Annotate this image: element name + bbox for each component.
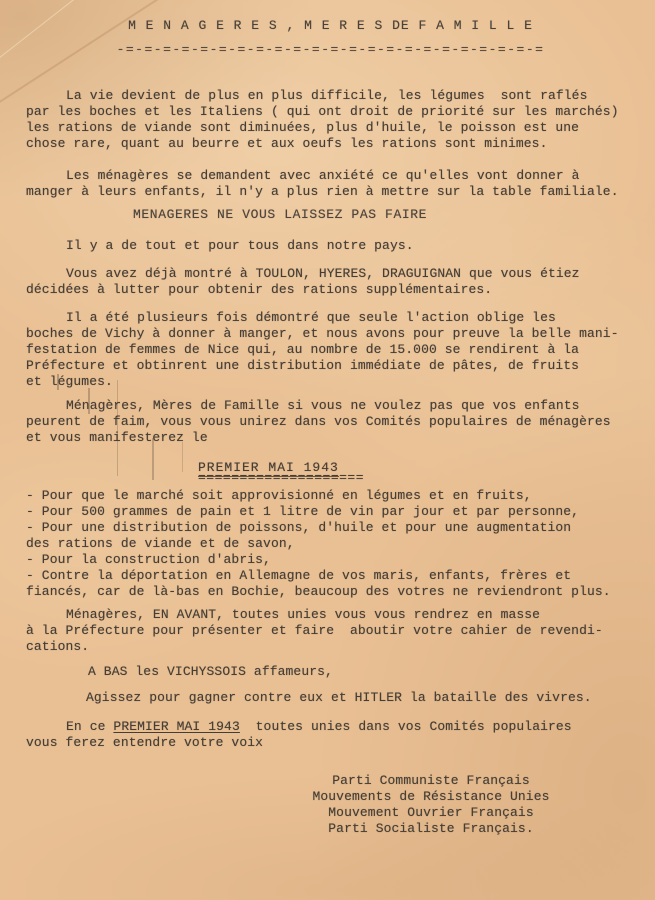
paragraph-anxiety: Les ménagères se demandent avec anxiété …	[26, 168, 635, 200]
signature-line: Mouvements de Résistance Unies	[281, 789, 581, 805]
text-segment: En ce	[66, 719, 113, 734]
demand-item: - Pour la construction d'abris,	[26, 552, 635, 568]
text-line: vous ferez entendre votre voix	[26, 735, 635, 751]
paragraph-en-ce-premier-mai: En ce PREMIER MAI 1943 toutes unies dans…	[26, 719, 635, 751]
demand-item: - Pour une distribution de poissons, d'h…	[26, 520, 635, 536]
slogan-agissez: Agissez pour gagner contre eux et HITLER…	[86, 690, 635, 706]
text-line: cations.	[26, 639, 635, 655]
demands-list: - Pour que le marché soit approvisionné …	[26, 488, 635, 600]
leaflet-page: M E N A G E R E S , M E R E S DE F A M I…	[0, 0, 655, 900]
paragraph-tout-pour-tous: Il y a de tout et pour tous dans notre p…	[26, 238, 635, 254]
text-line: Préfecture et obtinrent une distribution…	[26, 358, 635, 374]
text-line: et légumes.	[26, 374, 635, 390]
text-line: La vie devient de plus en plus difficile…	[26, 88, 635, 104]
stray-ink-mark	[182, 442, 183, 472]
demand-item: - Pour 500 grammes de pain et 1 litre de…	[26, 504, 635, 520]
text-line: Ménagères, Mères de Famille si vous ne v…	[26, 398, 635, 414]
demand-item-continuation: des rations de viande et de savon,	[26, 536, 635, 552]
text-line: par les boches et les Italiens ( qui ont…	[26, 104, 635, 120]
paragraph-comites-populaires: Ménagères, Mères de Famille si vous ne v…	[26, 398, 635, 446]
text-line: chose rare, quant au beurre et aux oeufs…	[26, 136, 635, 152]
demand-item: - Contre la déportation en Allemagne de …	[26, 568, 635, 584]
signature-line: Parti Socialiste Français.	[281, 821, 581, 837]
signature-block: Parti Communiste Français Mouvements de …	[281, 773, 581, 837]
demand-item: - Pour que le marché soit approvisionné …	[26, 488, 635, 504]
text-segment: toutes unies dans vos Comités populaires	[240, 719, 572, 734]
title-underline-rule: -=-=-=-=-=-=-=-=-=-=-=-=-=-=-=-=-=-=-=-=…	[26, 42, 635, 58]
demand-item-continuation: fiancés, car de là-bas en Bochie, beauco…	[26, 584, 635, 600]
paragraph-nice-manifestation: Il a été plusieurs fois démontré que seu…	[26, 310, 635, 390]
paragraph-en-avant: Ménagères, EN AVANT, toutes unies vous v…	[26, 607, 635, 655]
signature-line: Mouvement Ouvrier Français	[281, 805, 581, 821]
heading-equals-rule: ====================	[198, 470, 635, 486]
text-line: décidées à lutter pour obtenir des ratio…	[26, 282, 635, 298]
text-line: En ce PREMIER MAI 1943 toutes unies dans…	[26, 719, 635, 735]
text-line: Ménagères, EN AVANT, toutes unies vous v…	[26, 607, 635, 623]
underlined-date: PREMIER MAI 1943	[113, 719, 239, 734]
text-line: à la Préfecture pour présenter et faire …	[26, 623, 635, 639]
text-line: les rations de viande sont diminuées, pl…	[26, 120, 635, 136]
heading-premier-mai-1943: PREMIER MAI 1943 ====================	[198, 460, 635, 486]
text-line: Il y a de tout et pour tous dans notre p…	[26, 238, 635, 254]
text-line: festation de femmes de Nice qui, au nomb…	[26, 342, 635, 358]
text-line: manger à leurs enfants, il n'y a plus ri…	[26, 184, 635, 200]
text-line: et vous manifesterez le	[26, 430, 635, 446]
document-title: M E N A G E R E S , M E R E S DE F A M I…	[26, 18, 635, 34]
slogan-a-bas-vichyssois: A BAS les VICHYSSOIS affameurs,	[88, 664, 635, 680]
text-line: Il a été plusieurs fois démontré que seu…	[26, 310, 635, 326]
text-line: peurent de faim, vous vous unirez dans v…	[26, 414, 635, 430]
section-heading-menageres: MENAGERES NE VOUS LAISSEZ PAS FAIRE	[133, 207, 635, 223]
paragraph-intro: La vie devient de plus en plus difficile…	[26, 88, 635, 152]
signature-line: Parti Communiste Français	[281, 773, 581, 789]
text-line: Les ménagères se demandent avec anxiété …	[26, 168, 635, 184]
text-line: boches de Vichy à donner à manger, et no…	[26, 326, 635, 342]
paragraph-toulon: Vous avez déjà montré à TOULON, HYERES, …	[26, 266, 635, 298]
text-line: Vous avez déjà montré à TOULON, HYERES, …	[26, 266, 635, 282]
